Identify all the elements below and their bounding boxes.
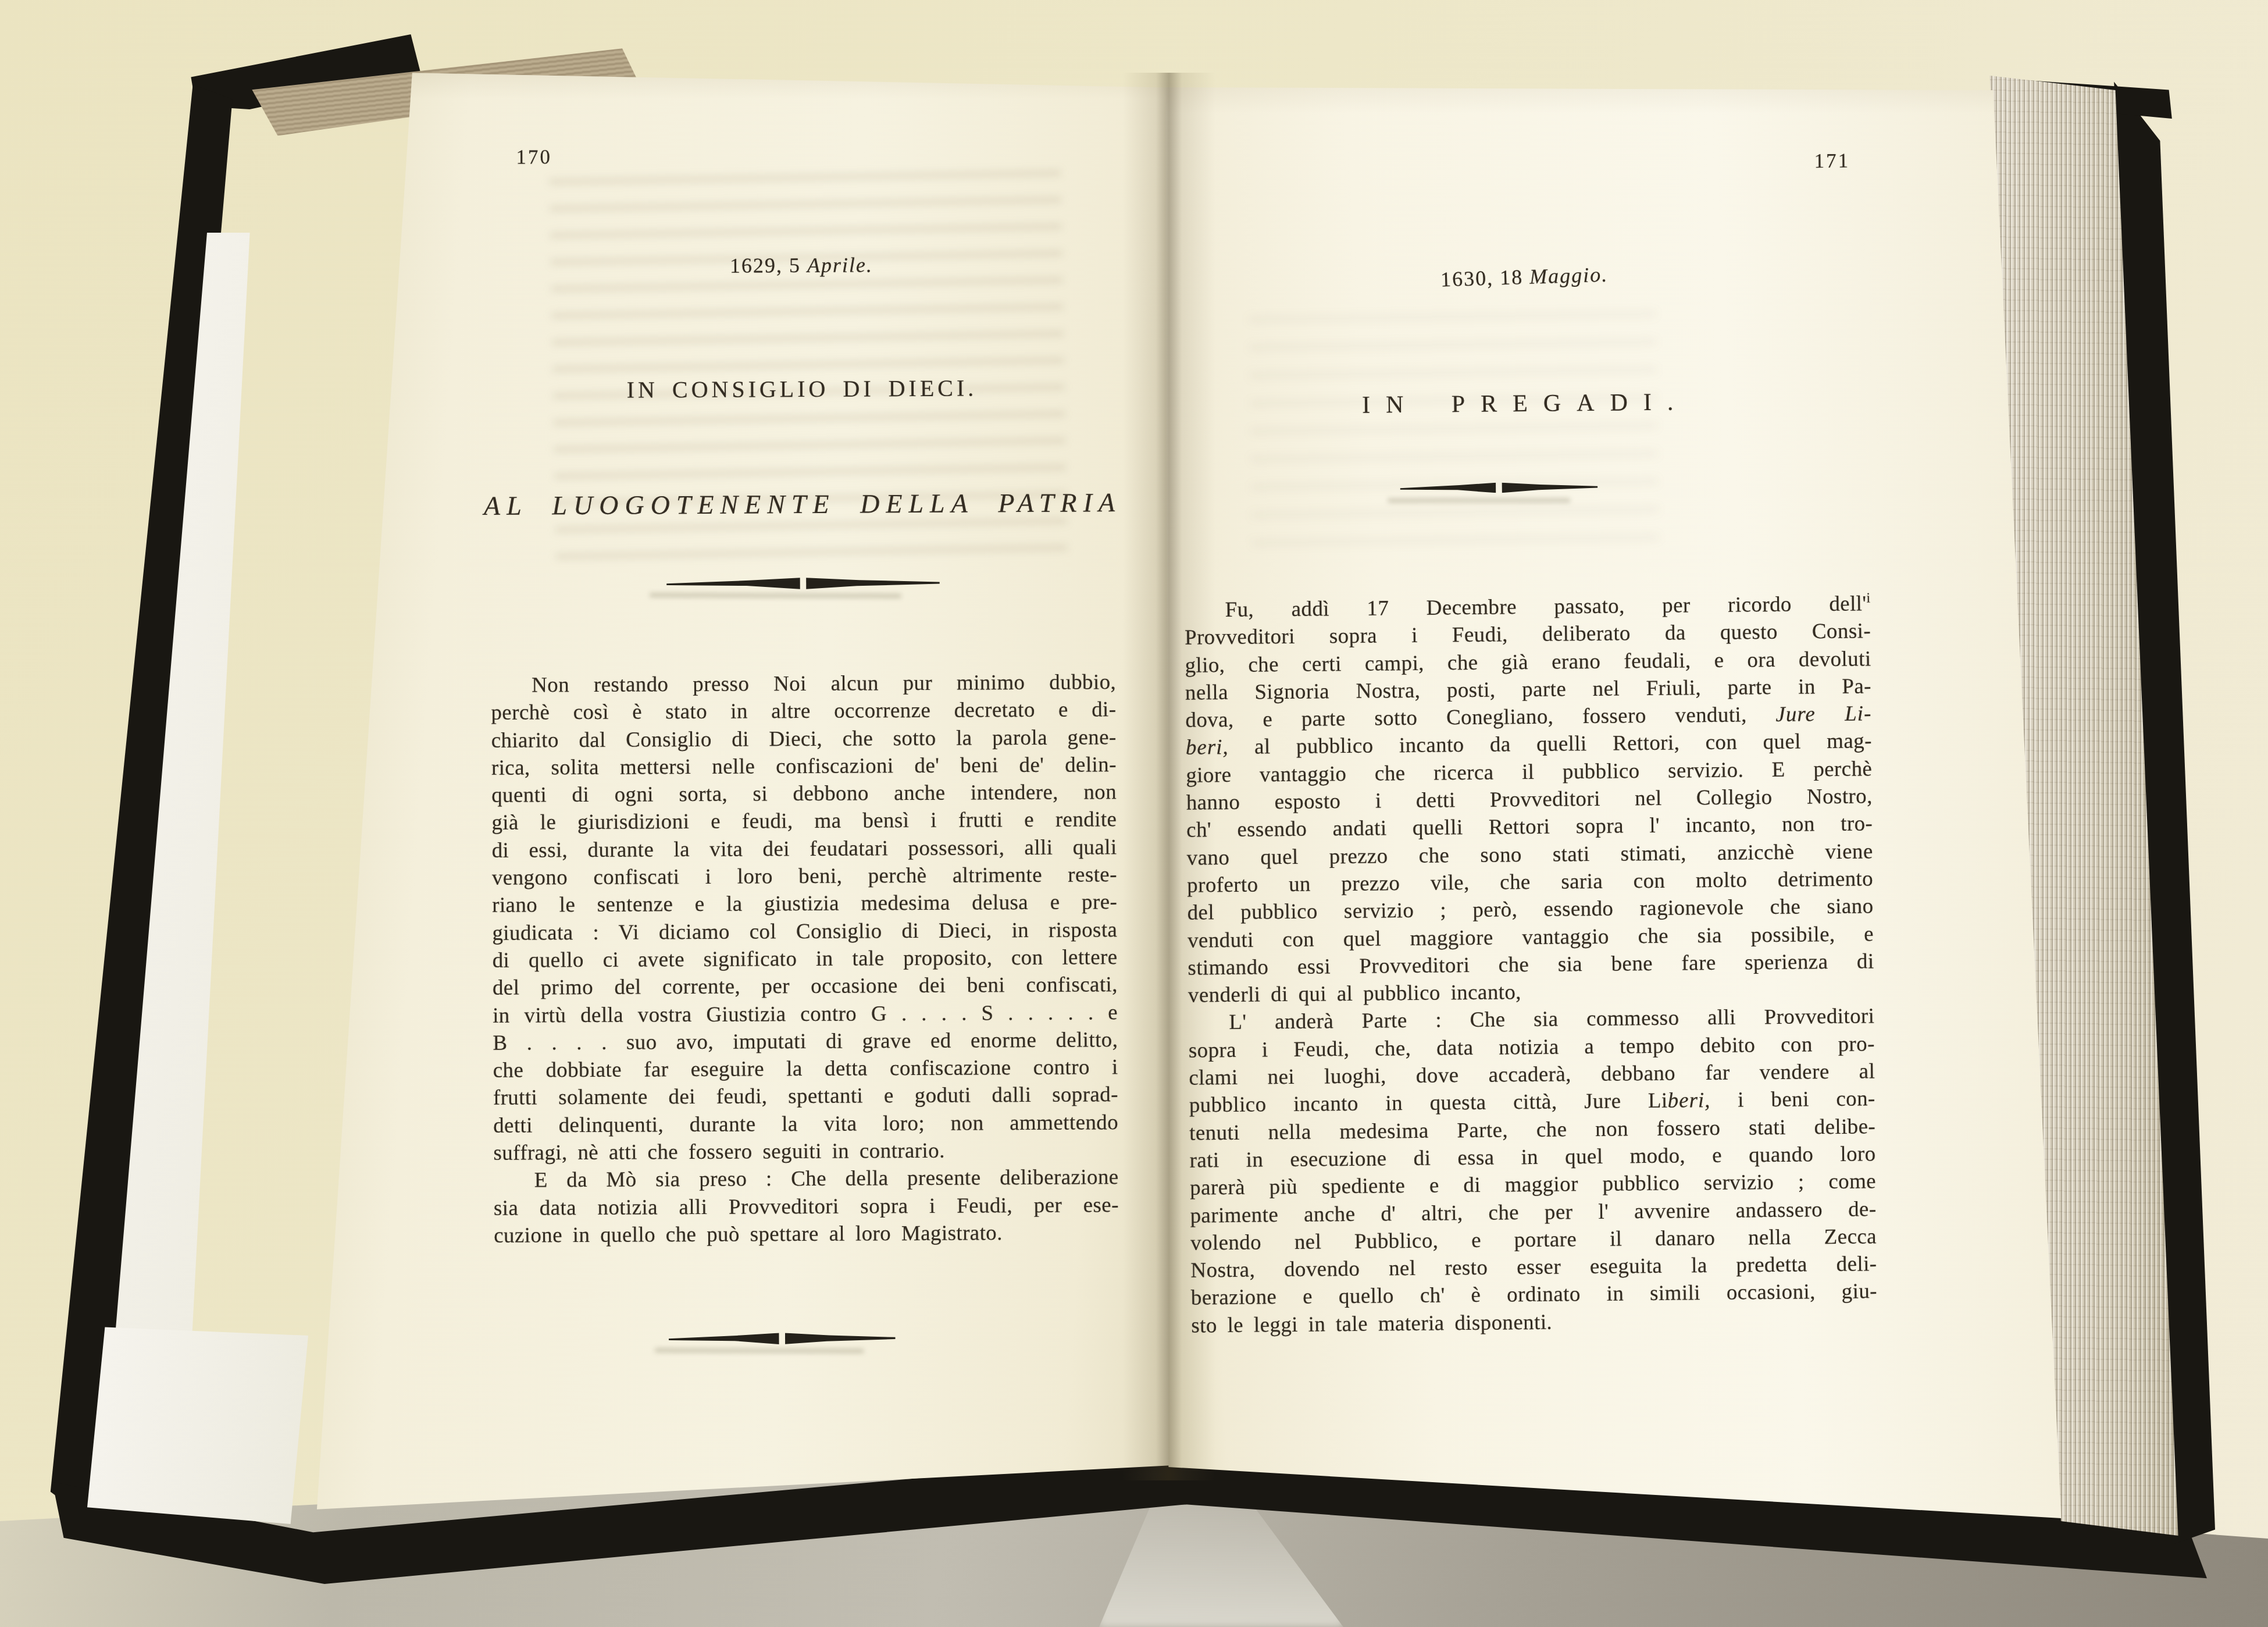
date-left: 1629, 5 bbox=[730, 254, 807, 277]
text-line: Non restando presso Noi alcun pur minimo… bbox=[491, 668, 1116, 699]
text-line: in virtù della vostra Giustizia contro G… bbox=[493, 999, 1118, 1030]
text-line: vengono confiscati i loro beni, perchè a… bbox=[492, 861, 1117, 892]
rule-right-stroke bbox=[1502, 481, 1597, 494]
rule-right-stroke bbox=[806, 576, 940, 590]
text-line: sia data notizia alli Provveditori sopra… bbox=[494, 1191, 1119, 1222]
text-line: B . . . . suo avo, imputati di grave ed … bbox=[493, 1026, 1118, 1057]
rule-left-stroke bbox=[668, 1332, 779, 1345]
text-line: E da Mò sia preso : Che della presente d… bbox=[493, 1164, 1118, 1195]
rule-right-stroke bbox=[784, 1331, 895, 1345]
text-line: del primo del corrente, per occasione de… bbox=[493, 971, 1118, 1002]
text-line: perchè così è stato in altre occorrenze … bbox=[491, 696, 1116, 727]
date-month-right: Maggio. bbox=[1529, 263, 1609, 289]
text-line: che dobbiate far eseguire la detta confi… bbox=[493, 1053, 1118, 1084]
decorative-rule bbox=[666, 576, 940, 590]
rule-left-stroke bbox=[1400, 482, 1496, 495]
text-line: riano le sentenze e la giustizia medesim… bbox=[492, 889, 1117, 920]
text-line: cuzione in quello che può spettare al lo… bbox=[494, 1219, 1119, 1249]
text-line: frutti solamente dei feudi, spettanti e … bbox=[493, 1081, 1118, 1112]
decorative-rule bbox=[668, 1331, 895, 1345]
text-line: detti delinquenti, durante la vita loro;… bbox=[493, 1109, 1118, 1140]
date-heading-right: 1630, 18 Maggio. bbox=[1181, 254, 1868, 300]
rule-left-stroke bbox=[666, 577, 800, 590]
text-line: suffragi, nè atti che fossero seguiti in… bbox=[493, 1136, 1118, 1167]
left-page-content: 170 1629, 5 Aprile. IN CONSIGLIO DI DIEC… bbox=[488, 138, 1120, 1421]
body-text-left: Non restando presso Noi alcun pur minimo… bbox=[491, 668, 1119, 1249]
section-heading-right: IN PREGADI. bbox=[1182, 386, 1868, 421]
page-number-right: 171 bbox=[1814, 149, 1850, 173]
text-line: di quello ci avete significato in tale p… bbox=[492, 944, 1117, 974]
addressee-heading-left: AL LUOGOTENENTE DELLA PATRIA bbox=[484, 487, 1121, 521]
right-page-content: 171 1630, 18 Maggio. IN PREGADI. Fu, add… bbox=[1180, 142, 1879, 1486]
decorative-rule bbox=[1400, 481, 1597, 494]
section-heading-left: IN CONSIGLIO DI DIECI. bbox=[489, 373, 1114, 404]
date-heading-left: 1629, 5 Aprile. bbox=[488, 251, 1114, 279]
body-text-right: Fu, addì 17 Decembre passato, per ricord… bbox=[1184, 590, 1877, 1339]
text-line: rica, solita mettersi nelle confiscazion… bbox=[491, 751, 1117, 782]
date-right: 1630, 18 bbox=[1440, 265, 1530, 291]
text-line: già le giurisdizioni e feudi, ma bensì i… bbox=[491, 806, 1117, 837]
text-line: di essi, durante la vita dei feudatari p… bbox=[492, 834, 1117, 864]
date-month-left: Aprile. bbox=[807, 253, 873, 277]
text-line: chiarito dal Consiglio di Dieci, che sot… bbox=[491, 724, 1117, 754]
page-number-left: 170 bbox=[516, 145, 552, 169]
book-photo: 170 1629, 5 Aprile. IN CONSIGLIO DI DIEC… bbox=[0, 0, 2268, 1627]
text-line: quenti di ogni sorta, si debbono anche i… bbox=[491, 778, 1117, 809]
text-line: giudicata : Vi diciamo col Consiglio di … bbox=[492, 916, 1117, 947]
